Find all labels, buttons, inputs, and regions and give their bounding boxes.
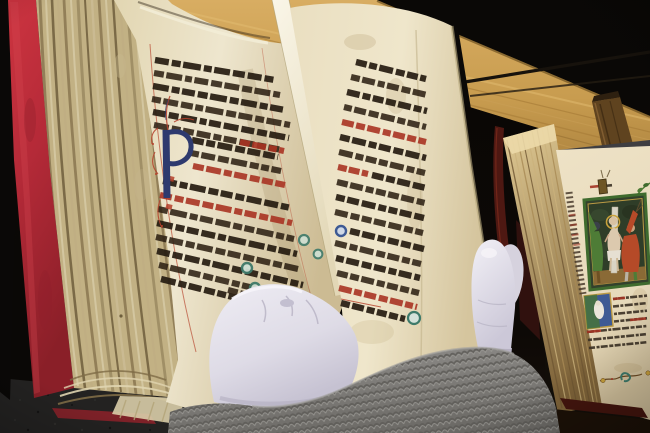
screenshot-root	[0, 0, 650, 433]
vignette	[0, 0, 650, 433]
manuscript-photo	[0, 0, 650, 433]
